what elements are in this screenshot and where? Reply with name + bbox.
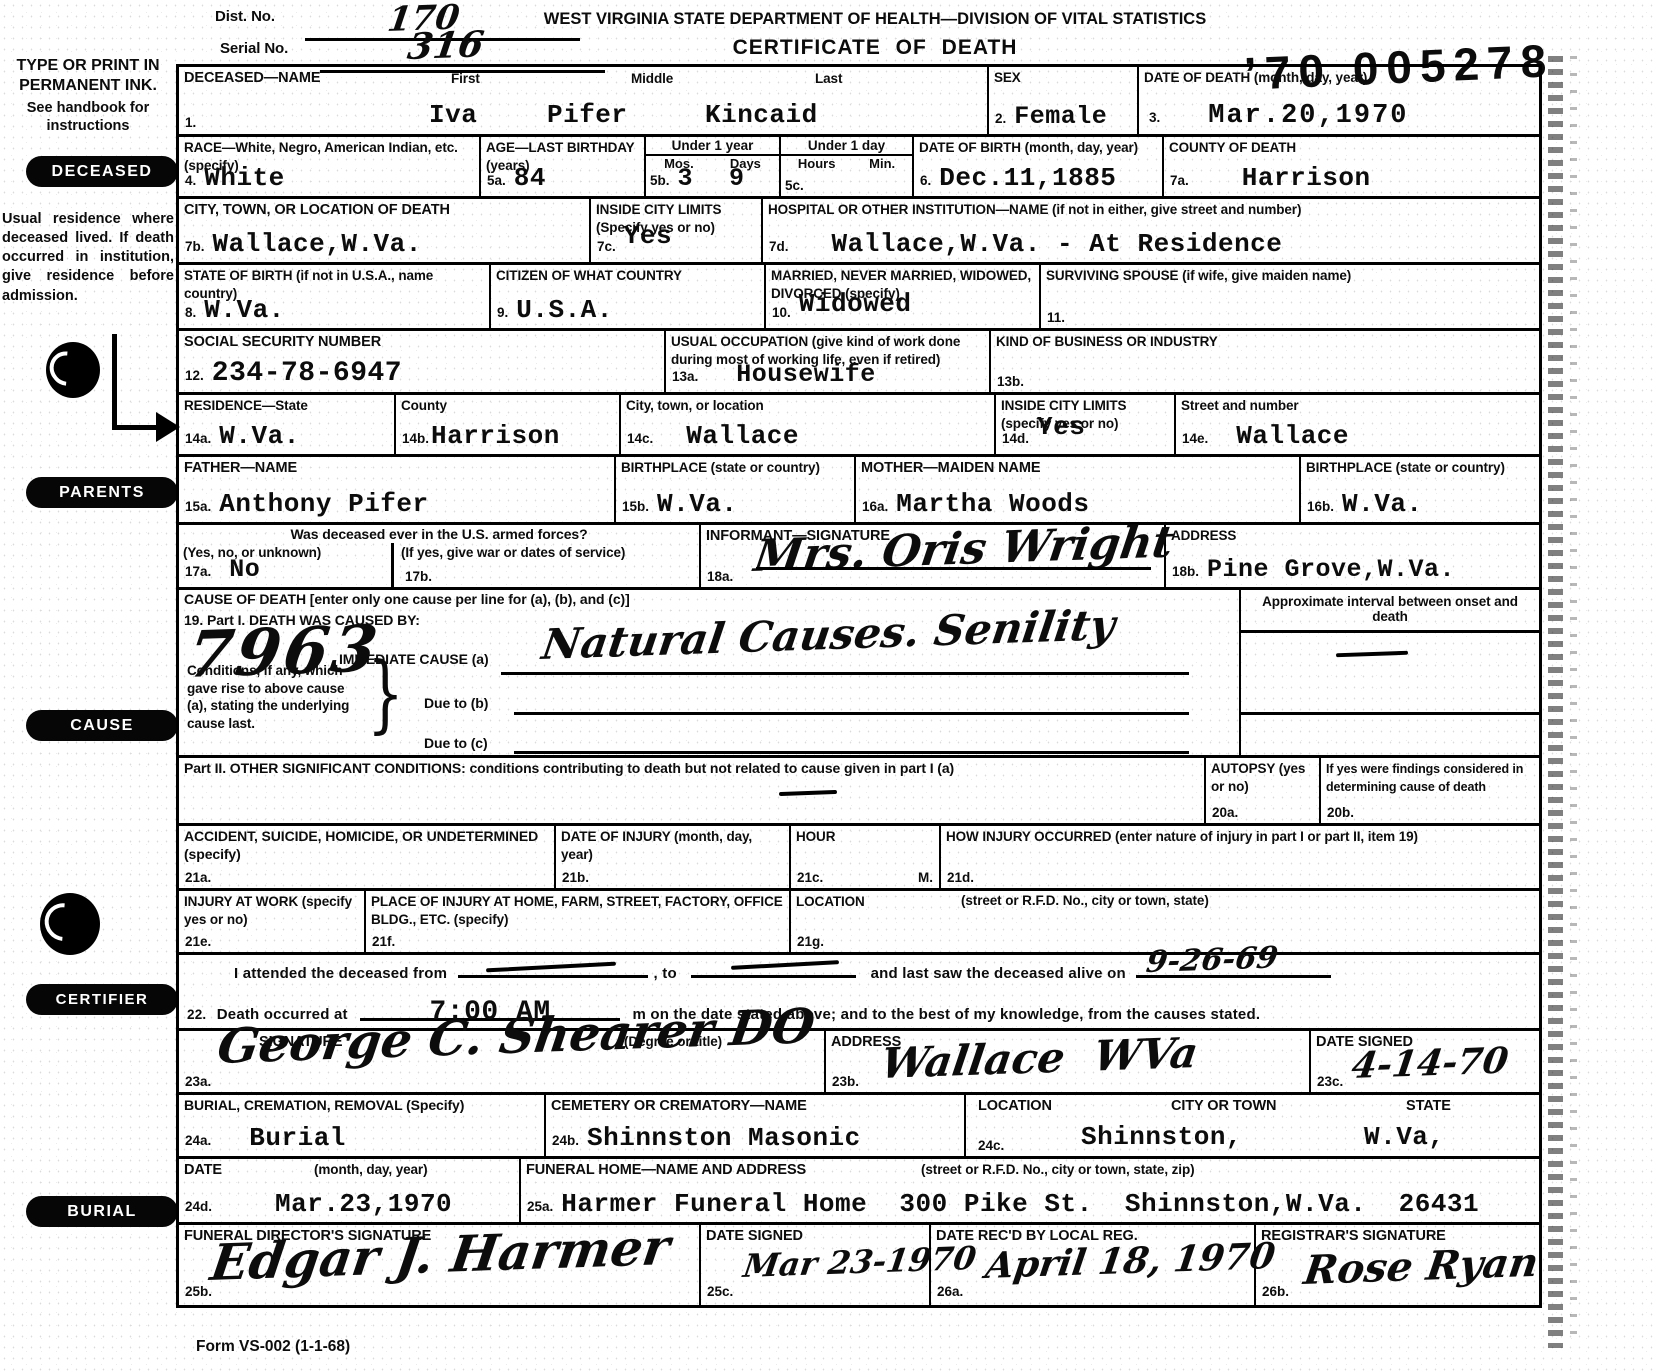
interval-line-a	[1241, 630, 1539, 633]
form-number: Form VS-002 (1-1-68)	[196, 1338, 350, 1356]
field-date-of-injury: DATE OF INJURY (month, day, year) 21b.	[556, 826, 791, 888]
field-injury-location: LOCATION (street or R.F.D. No., city or …	[791, 891, 1539, 952]
armed-forces-value: No	[229, 555, 260, 584]
cemetery-name-value: Shinnston Masonic	[587, 1123, 861, 1153]
num-13b: 13b.	[997, 374, 1024, 389]
mother-birthplace-label: BIRTHPLACE (state or country)	[1306, 460, 1505, 475]
num-7b: 7b.	[185, 239, 205, 254]
date-of-death-value: Mar.20,1970	[1208, 101, 1408, 131]
part2-dash-handwritten	[779, 790, 837, 796]
num-26a: 26a.	[937, 1284, 963, 1299]
row-birth-citizen-marital: STATE OF BIRTH (if not in U.S.A., name c…	[179, 265, 1539, 331]
num-2: 2.	[995, 111, 1006, 126]
num-24a: 24a.	[185, 1133, 211, 1148]
num-23a: 23a.	[185, 1074, 211, 1089]
informant-strike-line	[756, 567, 1151, 570]
row-cause-of-death: CAUSE OF DEATH [enter only one cause per…	[179, 590, 1539, 758]
director-date-label: DATE SIGNED	[706, 1228, 803, 1244]
attended-post: and last saw the deceased alive on	[871, 965, 1126, 982]
dist-no-label: Dist. No.	[215, 8, 275, 25]
num-20b: 20b.	[1327, 805, 1354, 820]
last-alive-blank: 9-26-69	[1136, 963, 1331, 978]
film-mark-blob-top	[46, 342, 100, 398]
field-occupation: USUAL OCCUPATION (give kind of work done…	[666, 331, 991, 392]
father-name-label: FATHER—NAME	[184, 460, 297, 476]
attended-line: I attended the deceased from , to and la…	[234, 963, 1337, 982]
date-of-birth-label: DATE OF BIRTH (month, day, year)	[919, 140, 1138, 155]
father-birthplace-value: W.Va.	[657, 489, 738, 519]
field-hour: HOUR 21c. M.	[791, 826, 941, 888]
attended-from-blank	[458, 963, 648, 978]
field-date-of-birth: DATE OF BIRTH (month, day, year) 6.Dec.1…	[914, 137, 1164, 196]
citizen-label: CITIZEN OF WHAT COUNTRY	[496, 268, 682, 283]
residence-street-label: Street and number	[1181, 398, 1299, 413]
num-5b: 5b.	[650, 173, 670, 188]
field-citizen: CITIZEN OF WHAT COUNTRY 9.U.S.A.	[491, 265, 766, 328]
attended-to-blank	[691, 963, 856, 978]
field-cemetery-location: LOCATION CITY OR TOWN STATE 24c. Shinnst…	[966, 1095, 1539, 1156]
num-22: 22.	[187, 1007, 206, 1022]
county-of-death-label: COUNTY OF DEATH	[1169, 140, 1296, 155]
tab-cause: CAUSE	[26, 710, 178, 741]
sex-label: SEX	[994, 70, 1021, 85]
field-marital-status: MARRIED, NEVER MARRIED, WIDOWED, DIVORCE…	[766, 265, 1041, 328]
row-burial-date-funeral-home: DATE (month, day, year) 24d.Mar.23,1970 …	[179, 1159, 1539, 1225]
interval-dash-handwritten	[1336, 651, 1408, 658]
hours-label: Hours	[798, 156, 836, 171]
injury-at-work-label: INJURY AT WORK (specify yes or no)	[184, 894, 352, 927]
attended-mid: , to	[654, 965, 677, 982]
county-of-death-value: Harrison	[1242, 163, 1371, 193]
scan-noise-strip	[1548, 56, 1563, 1348]
field-residence-state: RESIDENCE—State 14a.W.Va.	[179, 395, 396, 454]
cemetery-state-value: W.Va,	[1364, 1122, 1445, 1152]
ssn-label: SOCIAL SECURITY NUMBER	[184, 334, 381, 350]
state-of-birth-value: W.Va.	[204, 295, 285, 325]
deceased-name-label: DECEASED—NAME	[184, 70, 320, 86]
row-parents: FATHER—NAME 15a.Anthony Pifer BIRTHPLACE…	[179, 457, 1539, 525]
informant-signature-value: Mrs. Oris Wright	[751, 517, 1177, 582]
num-15a: 15a.	[185, 499, 211, 514]
num-7c: 7c.	[597, 239, 616, 254]
first-name-value: Iva	[429, 100, 477, 130]
row-name-sex-dod: DECEASED—NAME First Middle Last 1. Iva P…	[179, 67, 1539, 137]
sex-value: Female	[1014, 102, 1107, 131]
certifier-date-value: 4-14-70	[1349, 1040, 1511, 1087]
field-residence-city: City, town, or location 14c.Wallace	[621, 395, 996, 454]
margin-ink-note-block: TYPE OR PRINT IN PERMANENT INK. See hand…	[4, 56, 172, 135]
field-under-1-day: Under 1 day HoursMin. 5c.	[781, 137, 914, 196]
row-final-signatures: FUNERAL DIRECTOR'S SIGNATURE 25b. Edgar …	[179, 1225, 1539, 1305]
tab-parents: PARENTS	[26, 477, 178, 508]
residence-county-label: County	[401, 398, 447, 413]
department-title: WEST VIRGINIA STATE DEPARTMENT OF HEALTH…	[500, 10, 1250, 29]
age-value: 84	[514, 163, 546, 193]
under-1-year-label: Under 1 year	[646, 137, 779, 156]
armed-forces-heading: Was deceased ever in the U.S. armed forc…	[184, 527, 694, 543]
father-name-value: Anthony Pifer	[219, 489, 428, 519]
due-to-c-line	[514, 751, 1189, 754]
num-4: 4.	[185, 173, 196, 188]
interval-line-b	[1241, 712, 1539, 715]
field-accident: ACCIDENT, SUICIDE, HOMICIDE, OR UNDETERM…	[179, 826, 556, 888]
ink-note: TYPE OR PRINT IN PERMANENT INK.	[4, 56, 172, 96]
num-14c: 14c.	[627, 431, 653, 446]
due-to-b-label: Due to (b)	[424, 696, 488, 712]
immediate-cause-value: Natural Causes. Senility	[539, 600, 1118, 669]
field-city-of-death: CITY, TOWN, OR LOCATION OF DEATH 7b.Wall…	[179, 199, 591, 262]
city-of-death-value: Wallace,W.Va.	[213, 229, 422, 259]
handbook-note: See handbook for instructions	[4, 99, 172, 135]
field-registrar-signature: REGISTRAR'S SIGNATURE 26b. Rose Ryan	[1256, 1225, 1539, 1305]
field-place-of-injury: PLACE OF INJURY AT HOME, FARM, STREET, F…	[366, 891, 791, 952]
field-funeral-home: FUNERAL HOME—NAME AND ADDRESS (street or…	[521, 1159, 1539, 1222]
last-name-value: Kincaid	[705, 100, 818, 130]
arrow-shaft-horizontal	[112, 425, 160, 430]
field-race: RACE—White, Negro, American Indian, etc.…	[179, 137, 481, 196]
num-14a: 14a.	[185, 431, 211, 446]
attended-pre: I attended the deceased from	[234, 965, 447, 982]
burial-date-value: Mar.23,1970	[275, 1189, 452, 1219]
burial-date-label: DATE	[184, 1162, 222, 1178]
field-cause-part1: CAUSE OF DEATH [enter only one cause per…	[179, 590, 1241, 755]
field-cemetery-name: CEMETERY OR CREMATORY—NAME 24b.Shinnston…	[546, 1095, 966, 1156]
field-interval: Approximate interval between onset and d…	[1241, 590, 1539, 755]
armed-forces-divider	[391, 543, 394, 587]
residence-city-value: Wallace	[686, 421, 799, 451]
serial-no-value: 316	[405, 23, 487, 68]
under-1-day-label: Under 1 day	[781, 137, 912, 156]
field-part2: Part II. OTHER SIGNIFICANT CONDITIONS: c…	[179, 758, 1206, 823]
residence-city-label: City, town, or location	[626, 398, 764, 413]
field-injury-at-work: INJURY AT WORK (specify yes or no) 21e.	[179, 891, 366, 952]
due-to-b-line	[514, 712, 1189, 715]
field-informant-signature: INFORMANT—SIGNATURE 18a. Mrs. Oris Wrigh…	[701, 525, 1166, 587]
scan-noise-strip-2	[1570, 56, 1577, 1348]
num-14b: 14b.	[402, 431, 429, 446]
row-certifier-signature: SIGNATURE (Degree or title) 23a. George …	[179, 1031, 1539, 1095]
hospital-value: Wallace,W.Va. - At Residence	[832, 229, 1283, 259]
num-21g: 21g.	[797, 934, 824, 949]
months-value: 3	[678, 164, 694, 193]
num-26b: 26b.	[1262, 1284, 1289, 1299]
num-24c: 24c.	[978, 1138, 1004, 1153]
tab-burial: BURIAL	[26, 1196, 178, 1227]
num-5a: 5a.	[487, 173, 506, 188]
certificate-form: DECEASED—NAME First Middle Last 1. Iva P…	[176, 64, 1542, 1308]
armed-forces-right-label: (If yes, give war or dates of service)	[401, 545, 691, 560]
last-alive-value: 9-26-69	[1144, 940, 1280, 980]
row-burial-cemetery: BURIAL, CREMATION, REMOVAL (Specify) 24a…	[179, 1095, 1539, 1159]
field-ssn: SOCIAL SECURITY NUMBER 12.234-78-6947	[179, 331, 666, 392]
autopsy-findings-label: If yes were findings considered in deter…	[1326, 762, 1523, 794]
city-of-death-label: CITY, TOWN, OR LOCATION OF DEATH	[184, 202, 450, 218]
num-23b: 23b.	[832, 1074, 859, 1089]
row-forces-informant: Was deceased ever in the U.S. armed forc…	[179, 525, 1539, 590]
min-label: Min.	[869, 156, 895, 171]
race-value: White	[204, 163, 285, 193]
num-12: 12.	[185, 368, 204, 383]
father-birthplace-label: BIRTHPLACE (state or country)	[621, 460, 820, 475]
first-label: First	[451, 71, 480, 86]
num-21d: 21d.	[947, 870, 974, 885]
immediate-cause-line	[501, 672, 1189, 675]
residence-county-value: Harrison	[431, 421, 560, 451]
date-of-injury-label: DATE OF INJURY (month, day, year)	[561, 829, 752, 862]
informant-address-value: Pine Grove,W.Va.	[1207, 555, 1455, 584]
spouse-label: SURVIVING SPOUSE (if wife, give maiden n…	[1046, 268, 1351, 283]
mother-birthplace-value: W.Va.	[1342, 489, 1423, 519]
funeral-home-value: Harmer Funeral Home 300 Pike St. Shinnst…	[561, 1189, 1479, 1219]
row-race-age-dob: RACE—White, Negro, American Indian, etc.…	[179, 137, 1539, 199]
num-11: 11.	[1047, 310, 1065, 325]
num-18b: 18b.	[1172, 564, 1199, 579]
tab-deceased: DECEASED	[26, 156, 178, 187]
num-18a: 18a.	[707, 569, 733, 584]
mother-name-label: MOTHER—MAIDEN NAME	[861, 460, 1040, 476]
field-director-signature: FUNERAL DIRECTOR'S SIGNATURE 25b. Edgar …	[179, 1225, 701, 1305]
interval-label: Approximate interval between onset and d…	[1246, 592, 1534, 625]
row-accident: ACCIDENT, SUICIDE, HOMICIDE, OR UNDETERM…	[179, 826, 1539, 891]
num-9: 9.	[497, 305, 508, 320]
field-under-1-year: Under 1 year Mos.Days 5b.39	[646, 137, 781, 196]
field-residence-street: Street and number 14e.Wallace	[1176, 395, 1539, 454]
hour-m-suffix: M.	[918, 870, 933, 885]
residence-note: Usual residence where deceased lived. If…	[2, 210, 174, 306]
num-6: 6.	[920, 173, 931, 188]
part2-label: Part II. OTHER SIGNIFICANT CONDITIONS: c…	[184, 760, 954, 776]
funeral-home-label: FUNERAL HOME—NAME AND ADDRESS	[526, 1162, 806, 1178]
num-16b: 16b.	[1307, 499, 1334, 514]
field-residence-county: County 14b.Harrison	[396, 395, 621, 454]
num-24d: 24d.	[185, 1199, 212, 1214]
citizen-value: U.S.A.	[516, 295, 613, 325]
field-informant-address: ADDRESS 18b.Pine Grove,W.Va.	[1166, 525, 1539, 587]
conditions-brace: }	[367, 651, 404, 735]
num-8: 8.	[185, 305, 196, 320]
certificate-title: CERTIFICATE OF DEATH	[500, 36, 1250, 60]
accident-label: ACCIDENT, SUICIDE, HOMICIDE, OR UNDETERM…	[184, 828, 538, 862]
cemetery-location-label: LOCATION	[978, 1098, 1052, 1115]
field-sex: SEX 2.Female	[989, 67, 1139, 134]
middle-label: Middle	[631, 71, 673, 86]
residence-street-value: Wallace	[1236, 421, 1349, 451]
residence-limits-value: Yes	[1037, 412, 1085, 442]
num-16a: 16a.	[862, 499, 888, 514]
field-residence-limits: INSIDE CITY LIMITS (specify yes or no) 1…	[996, 395, 1176, 454]
tab-certifier: CERTIFIER	[26, 984, 178, 1015]
field-how-injury: HOW INJURY OCCURRED (enter nature of inj…	[941, 826, 1539, 888]
field-state-of-birth: STATE OF BIRTH (if not in U.S.A., name c…	[179, 265, 491, 328]
field-autopsy-findings: If yes were findings considered in deter…	[1321, 758, 1539, 823]
industry-label: KIND OF BUSINESS OR INDUSTRY	[996, 334, 1218, 349]
middle-name-value: Pifer	[547, 100, 628, 130]
date-of-death-label: DATE OF DEATH (month, day, year)	[1144, 70, 1367, 85]
field-inside-city-limits: INSIDE CITY LIMITS (Specify yes or no) 7…	[591, 199, 763, 262]
date-received-value: April 18, 1970	[983, 1235, 1278, 1287]
num-21c: 21c.	[797, 870, 823, 885]
cemetery-city-value: Shinnston,	[1081, 1122, 1242, 1152]
how-injury-label: HOW INJURY OCCURRED (enter nature of inj…	[946, 829, 1418, 844]
field-burial-type: BURIAL, CREMATION, REMOVAL (Specify) 24a…	[179, 1095, 546, 1156]
num-21b: 21b.	[562, 870, 589, 885]
last-label: Last	[815, 71, 842, 86]
mother-name-value: Martha Woods	[896, 489, 1089, 519]
marital-value: Widowed	[799, 289, 912, 319]
field-mother-birthplace: BIRTHPLACE (state or country) 16b.W.Va.	[1301, 457, 1539, 522]
field-autopsy: AUTOPSY (yes or no) 20a.	[1206, 758, 1321, 823]
arrow-shaft-vertical	[112, 334, 117, 430]
film-mark-blob-bottom	[40, 893, 100, 955]
field-director-date: DATE SIGNED 25c. Mar 23-1970	[701, 1225, 931, 1305]
field-mother-name: MOTHER—MAIDEN NAME 16a.Martha Woods	[856, 457, 1301, 522]
residence-state-label: RESIDENCE—State	[184, 398, 308, 413]
row-place-of-death: CITY, TOWN, OR LOCATION OF DEATH 7b.Wall…	[179, 199, 1539, 265]
occupation-value: Housewife	[736, 360, 876, 389]
num-13a: 13a.	[672, 369, 698, 384]
field-armed-forces: Was deceased ever in the U.S. armed forc…	[179, 525, 701, 587]
num-14d: 14d.	[1002, 431, 1029, 446]
field-deceased-name: DECEASED—NAME First Middle Last 1. Iva P…	[179, 67, 989, 134]
burial-type-value: Burial	[249, 1123, 346, 1153]
field-certifier-signature: SIGNATURE (Degree or title) 23a. George …	[179, 1031, 826, 1092]
field-county-of-death: COUNTY OF DEATH 7a.Harrison	[1164, 137, 1539, 196]
field-father-name: FATHER—NAME 15a.Anthony Pifer	[179, 457, 616, 522]
num-23c: 23c.	[1317, 1074, 1343, 1089]
serial-no-label: Serial No.	[220, 40, 288, 57]
field-father-birthplace: BIRTHPLACE (state or country) 15b.W.Va.	[616, 457, 856, 522]
row-injury-place: INJURY AT WORK (specify yes or no) 21e. …	[179, 891, 1539, 955]
field-certifier-address: ADDRESS 23b. Wallace WVa	[826, 1031, 1311, 1092]
date-of-birth-value: Dec.11,1885	[939, 163, 1116, 193]
registrar-signature-value: Rose Ryan	[1301, 1239, 1542, 1294]
field-burial-date: DATE (month, day, year) 24d.Mar.23,1970	[179, 1159, 521, 1222]
num-10: 10.	[772, 305, 791, 320]
residence-state-value: W.Va.	[219, 421, 300, 451]
conditions-note: Conditions, if any, which gave rise to a…	[187, 662, 359, 732]
num-17a: 17a.	[185, 564, 211, 579]
num-17b: 17b.	[405, 569, 432, 584]
num-7a: 7a.	[1170, 173, 1189, 188]
state-label: STATE	[1406, 1098, 1451, 1115]
num-20a: 20a.	[1212, 805, 1238, 820]
field-certifier-date: DATE SIGNED 23c. 4-14-70	[1311, 1031, 1539, 1092]
field-date-of-death: DATE OF DEATH (month, day, year) 3.Mar.2…	[1139, 67, 1539, 134]
certifier-address-value: Wallace WVa	[878, 1028, 1201, 1088]
row-ssn-occupation: SOCIAL SECURITY NUMBER 12.234-78-6947 US…	[179, 331, 1539, 395]
hour-label: HOUR	[796, 829, 835, 844]
num-5c: 5c.	[785, 178, 804, 193]
autopsy-label: AUTOPSY (yes or no)	[1211, 761, 1305, 794]
num-1: 1.	[185, 115, 196, 130]
days-value: 9	[729, 164, 745, 193]
funeral-home-hint: (street or R.F.D. No., city or town, sta…	[921, 1162, 1194, 1177]
informant-address-label: ADDRESS	[1171, 528, 1236, 543]
cemetery-name-label: CEMETERY OR CREMATORY—NAME	[551, 1098, 807, 1114]
row-residence: RESIDENCE—State 14a.W.Va. County 14b.Har…	[179, 395, 1539, 457]
city-or-town-label: CITY OR TOWN	[1171, 1098, 1276, 1115]
death-certificate-scan: Dist. No. 170 Serial No. 316 WEST VIRGIN…	[0, 0, 1654, 1371]
num-3: 3.	[1149, 110, 1160, 125]
num-21f: 21f.	[372, 934, 395, 949]
field-surviving-spouse: SURVIVING SPOUSE (if wife, give maiden n…	[1041, 265, 1539, 328]
num-24b: 24b.	[552, 1133, 579, 1148]
due-to-c-label: Due to (c)	[424, 736, 488, 752]
num-7d: 7d.	[769, 239, 789, 254]
num-15b: 15b.	[622, 499, 649, 514]
field-age: AGE—LAST BIRTHDAY (years) 5a.84	[481, 137, 646, 196]
registrar-signature-label: REGISTRAR'S SIGNATURE	[1261, 1228, 1446, 1244]
burial-date-hint: (month, day, year)	[314, 1162, 427, 1177]
ssn-value: 234-78-6947	[212, 358, 402, 389]
field-date-received: DATE REC'D BY LOCAL REG. 26a. April 18, …	[931, 1225, 1256, 1305]
injury-location-label: LOCATION	[796, 894, 865, 909]
num-25c: 25c.	[707, 1284, 733, 1299]
num-25a: 25a.	[527, 1199, 553, 1214]
num-14e: 14e.	[1182, 431, 1208, 446]
injury-location-hint: (street or R.F.D. No., city or town, sta…	[961, 893, 1209, 908]
hospital-label: HOSPITAL OR OTHER INSTITUTION—NAME (if n…	[768, 202, 1301, 217]
row-part2: Part II. OTHER SIGNIFICANT CONDITIONS: c…	[179, 758, 1539, 826]
field-industry: KIND OF BUSINESS OR INDUSTRY 13b.	[991, 331, 1539, 392]
num-21e: 21e.	[185, 934, 211, 949]
place-of-injury-label: PLACE OF INJURY AT HOME, FARM, STREET, F…	[371, 894, 783, 927]
inside-city-limits-value: Yes	[624, 221, 672, 251]
field-hospital: HOSPITAL OR OTHER INSTITUTION—NAME (if n…	[763, 199, 1539, 262]
immediate-cause-label: IMMEDIATE CAUSE (a)	[339, 652, 489, 668]
num-21a: 21a.	[185, 870, 211, 885]
burial-type-label: BURIAL, CREMATION, REMOVAL (Specify)	[184, 1097, 464, 1113]
